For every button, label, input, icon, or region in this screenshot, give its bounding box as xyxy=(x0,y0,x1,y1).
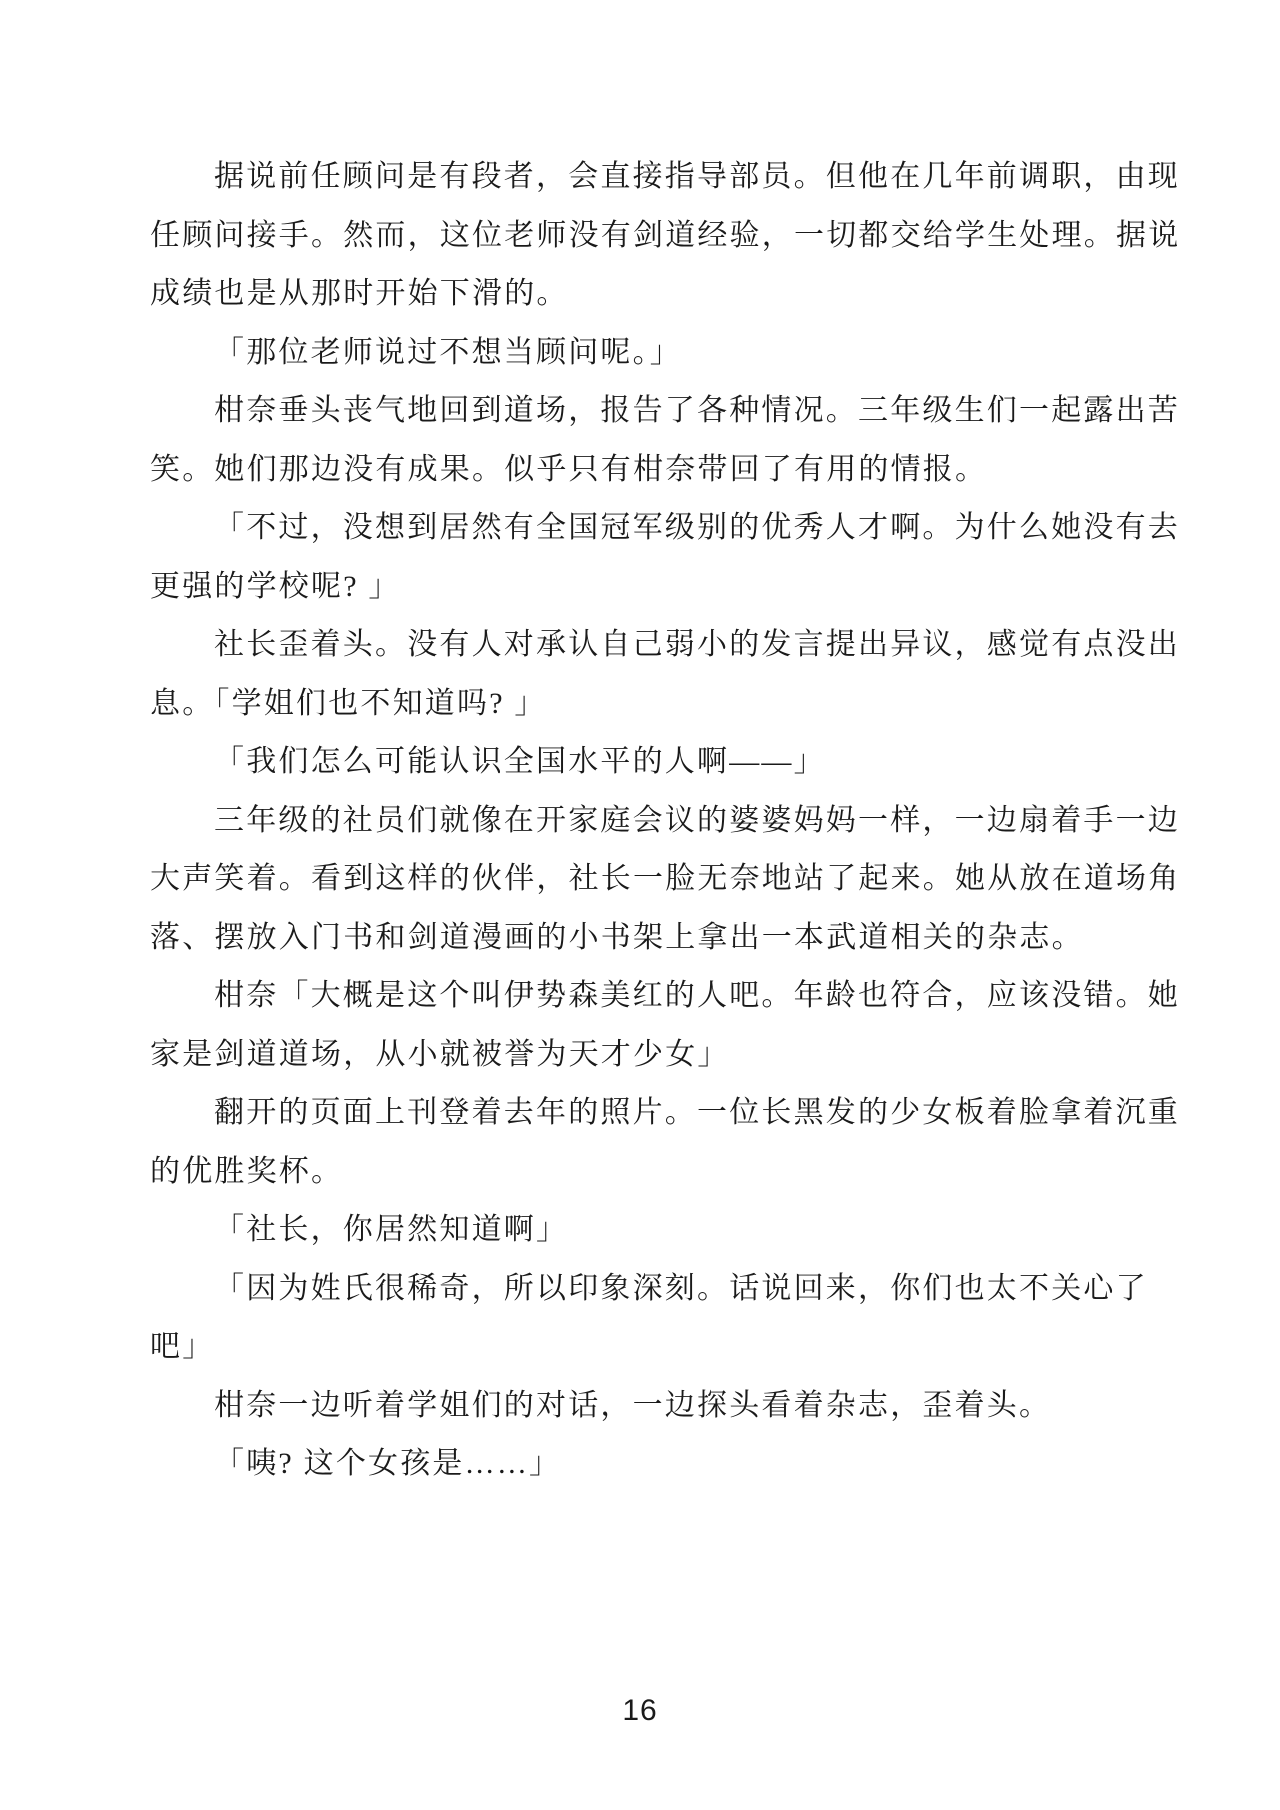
text-line: 「我们怎么可能认识全国水平的人啊——」 xyxy=(150,733,1184,792)
text-line: 「不过，没想到居然有全国冠军级别的优秀人才啊。为什么她没有去 xyxy=(150,499,1184,558)
text-line: 「社长，你居然知道啊」 xyxy=(150,1201,1184,1260)
text-line: 任顾问接手。然而，这位老师没有剑道经验，一切都交给学生处理。据说 xyxy=(150,207,1184,266)
text-line: 家是剑道道场，从小就被誉为天才少女」 xyxy=(150,1026,1184,1085)
text-line: 落、摆放入门书和剑道漫画的小书架上拿出一本武道相关的杂志。 xyxy=(150,909,1184,968)
text-line: 柑奈垂头丧气地回到道场，报告了各种情况。三年级生们一起露出苦 xyxy=(150,382,1184,441)
text-line: 笑。她们那边没有成果。似乎只有柑奈带回了有用的情报。 xyxy=(150,441,1184,500)
text-line: 成绩也是从那时开始下滑的。 xyxy=(150,265,1184,324)
text-line: 「因为姓氏很稀奇，所以印象深刻。话说回来，你们也太不关心了 xyxy=(150,1260,1184,1319)
book-page: 据说前任顾问是有段者，会直接指导部员。但他在几年前调职，由现任顾问接手。然而，这… xyxy=(0,0,1280,1810)
text-line: 更强的学校呢? 」 xyxy=(150,558,1184,617)
text-line: 翻开的页面上刊登着去年的照片。一位长黑发的少女板着脸拿着沉重 xyxy=(150,1084,1184,1143)
text-line: 社长歪着头。没有人对承认自己弱小的发言提出异议，感觉有点没出 xyxy=(150,616,1184,675)
text-line: 息。「学姐们也不知道吗? 」 xyxy=(150,675,1184,734)
text-line: 三年级的社员们就像在开家庭会议的婆婆妈妈一样，一边扇着手一边 xyxy=(150,792,1184,851)
text-line: 大声笑着。看到这样的伙伴，社长一脸无奈地站了起来。她从放在道场角 xyxy=(150,850,1184,909)
text-line: 的优胜奖杯。 xyxy=(150,1143,1184,1202)
text-line: 「那位老师说过不想当顾问呢。」 xyxy=(150,324,1184,383)
page-number: 16 xyxy=(0,1694,1280,1728)
text-line: 吧」 xyxy=(150,1318,1184,1377)
text-block: 据说前任顾问是有段者，会直接指导部员。但他在几年前调职，由现任顾问接手。然而，这… xyxy=(150,148,1184,1494)
text-line: 柑奈一边听着学姐们的对话，一边探头看着杂志，歪着头。 xyxy=(150,1377,1184,1436)
text-line: 据说前任顾问是有段者，会直接指导部员。但他在几年前调职，由现 xyxy=(150,148,1184,207)
text-line: 「咦? 这个女孩是……」 xyxy=(150,1435,1184,1494)
text-line: 柑奈「大概是这个叫伊势森美红的人吧。年龄也符合，应该没错。她 xyxy=(150,967,1184,1026)
